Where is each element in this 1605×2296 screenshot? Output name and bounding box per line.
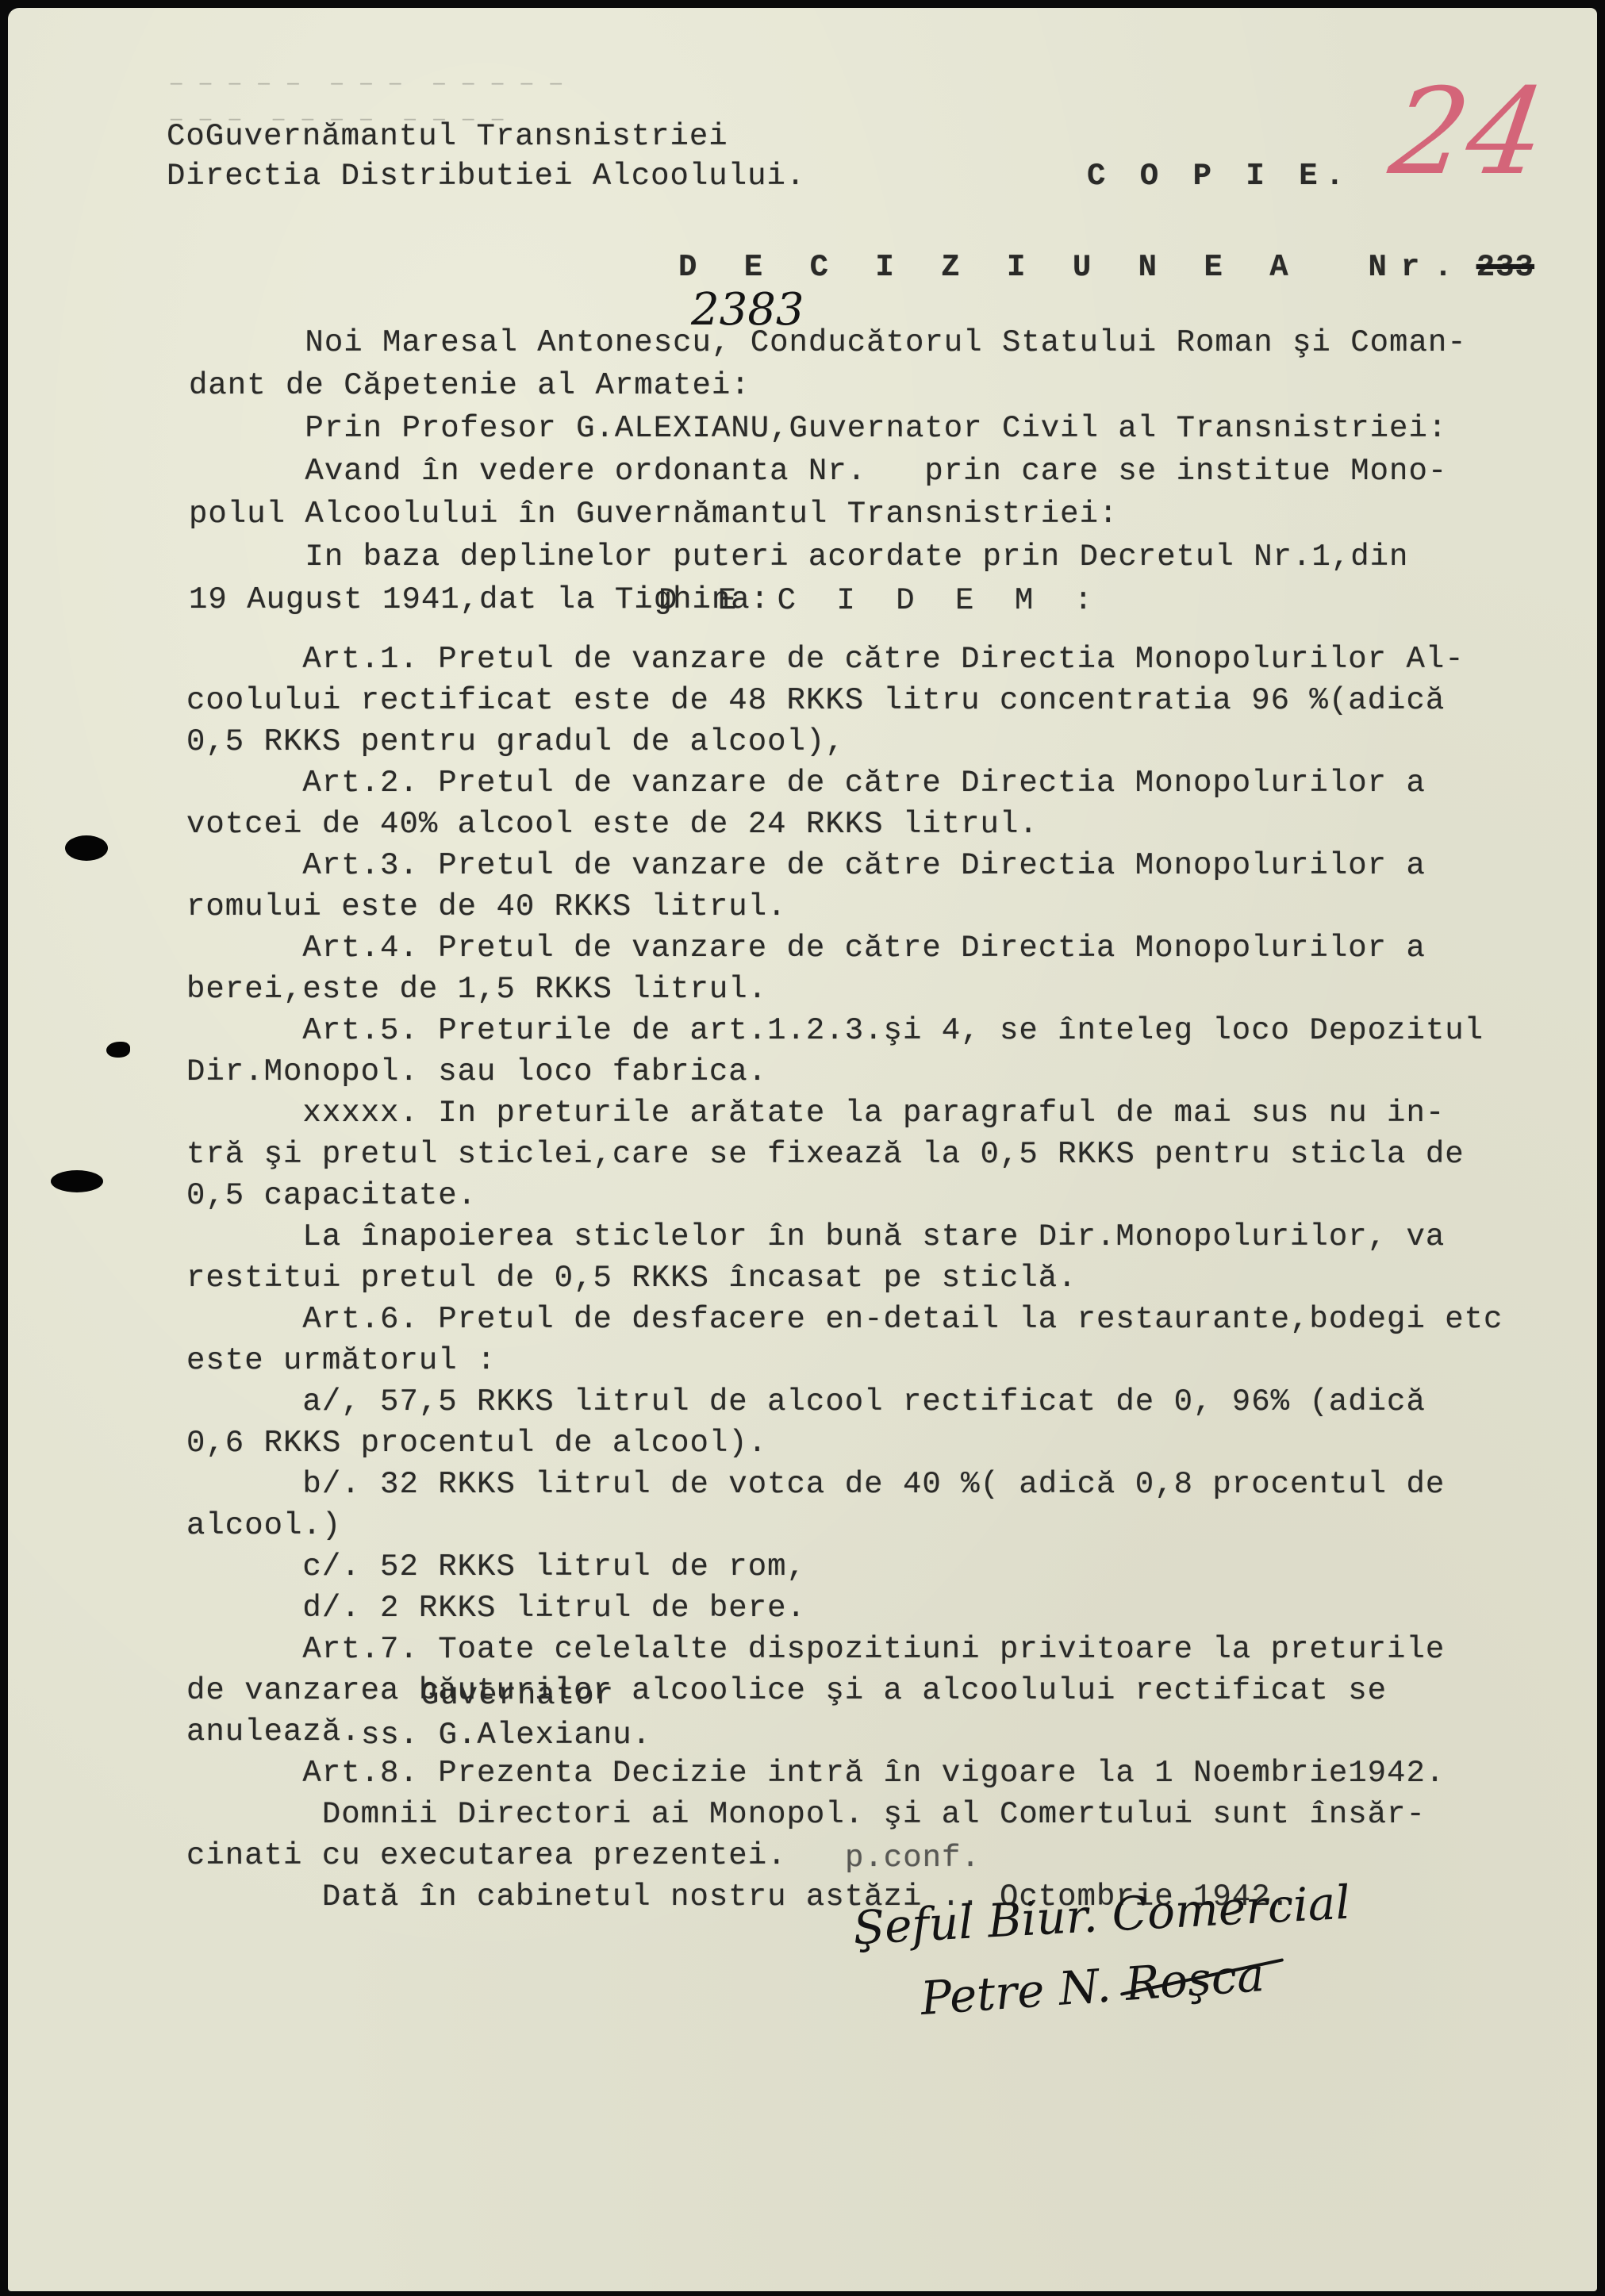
article-line: Art.4. Pretul de vanzare de către Direct… bbox=[186, 927, 1503, 969]
article-line: Domnii Directori ai Monopol. şi al Comer… bbox=[186, 1794, 1503, 1835]
certification-label: p.conf. bbox=[845, 1837, 981, 1879]
punch-hole bbox=[51, 1170, 103, 1192]
article-line: Art.5. Preturile de art.1.2.3.şi 4, se î… bbox=[186, 1010, 1503, 1051]
preamble-line: Avand în vedere ordonanta Nr. prin care … bbox=[189, 450, 1467, 493]
article-line: Art.6. Pretul de desfacere en-detail la … bbox=[186, 1299, 1503, 1340]
document-page: — — — — — — — — — — — — — — — — — — — — … bbox=[8, 8, 1597, 2291]
article-line: d/. 2 RKKS litrul de bere. bbox=[186, 1588, 1503, 1629]
article-line: 0,5 RKKS pentru gradul de alcool), bbox=[186, 721, 1503, 762]
article-line: romului este de 40 RKKS litrul. bbox=[186, 886, 1503, 927]
struck-number: 233 bbox=[1476, 250, 1534, 285]
article-line: votcei de 40% alcool este de 24 RKKS lit… bbox=[186, 804, 1503, 845]
folio-number: 24 bbox=[1383, 63, 1553, 202]
article-line: b/. 32 RKKS litrul de votca de 40 %( adi… bbox=[186, 1464, 1503, 1505]
preamble-line: polul Alcoolului în Guvernămantul Transn… bbox=[189, 493, 1467, 536]
article-line: Art.3. Pretul de vanzare de către Direct… bbox=[186, 845, 1503, 886]
article-line: este următorul : bbox=[186, 1340, 1503, 1381]
article-line: Art.7. Toate celelalte dispozitiuni priv… bbox=[186, 1629, 1503, 1670]
preamble-line: Prin Profesor G.ALEXIANU,Guvernator Civi… bbox=[189, 407, 1467, 450]
article-line: de vanzarea băuturilor alcoolice şi a al… bbox=[186, 1670, 1503, 1711]
article-line: 0,5 capacitate. bbox=[186, 1175, 1503, 1216]
preamble-line: In baza deplinelor puteri acordate prin … bbox=[189, 536, 1467, 578]
article-line: berei,este de 1,5 RKKS litrul. bbox=[186, 969, 1503, 1010]
copy-label: C O P I E. bbox=[1087, 155, 1352, 198]
punch-hole bbox=[65, 835, 108, 861]
article-line: restitui pretul de 0,5 RKKS încasat pe s… bbox=[186, 1257, 1503, 1299]
header-directorate: Directia Distributiei Alcoolului. bbox=[167, 155, 805, 198]
decision-title-label: D E C I Z I U N E A Nr. bbox=[678, 250, 1467, 285]
article-line: alcool.) bbox=[186, 1505, 1503, 1546]
signature-name: ss. G.Alexianu. bbox=[361, 1714, 651, 1757]
article-line: Art.1. Pretul de vanzare de către Direct… bbox=[186, 639, 1503, 680]
article-line: tră şi pretul sticlei,care se fixează la… bbox=[186, 1134, 1503, 1175]
article-line: Dir.Monopol. sau loco fabrica. bbox=[186, 1051, 1503, 1092]
decidem-heading: D E C I D E M : bbox=[659, 579, 1104, 622]
article-line: 0,6 RKKS procentul de alcool). bbox=[186, 1423, 1503, 1464]
article-line: a/, 57,5 RKKS litrul de alcool rectifica… bbox=[186, 1381, 1503, 1423]
ink-blot bbox=[106, 1042, 130, 1058]
article-line: c/. 52 RKKS litrul de rom, bbox=[186, 1546, 1503, 1588]
header-ministry: CoGuvernămantul Transnistriei bbox=[167, 115, 728, 158]
article-line: Art.8. Prezenta Decizie intră în vigoare… bbox=[186, 1753, 1503, 1794]
preamble-line: dant de Căpetenie al Armatei: bbox=[189, 364, 1467, 407]
article-line: Art.2. Pretul de vanzare de către Direct… bbox=[186, 762, 1503, 804]
preamble-line: Noi Maresal Antonescu, Conducătorul Stat… bbox=[189, 321, 1467, 364]
article-line: La înapoierea sticlelor în bună stare Di… bbox=[186, 1216, 1503, 1257]
article-line: xxxxx. In preturile arătate la paragrafu… bbox=[186, 1092, 1503, 1134]
handwritten-certifier-name: Petre N. Roşca bbox=[919, 1948, 1266, 2025]
signature-title: Guvernator bbox=[420, 1674, 614, 1717]
preamble: Noi Maresal Antonescu, Conducătorul Stat… bbox=[189, 321, 1467, 621]
article-line: coolului rectificat este de 48 RKKS litr… bbox=[186, 680, 1503, 721]
